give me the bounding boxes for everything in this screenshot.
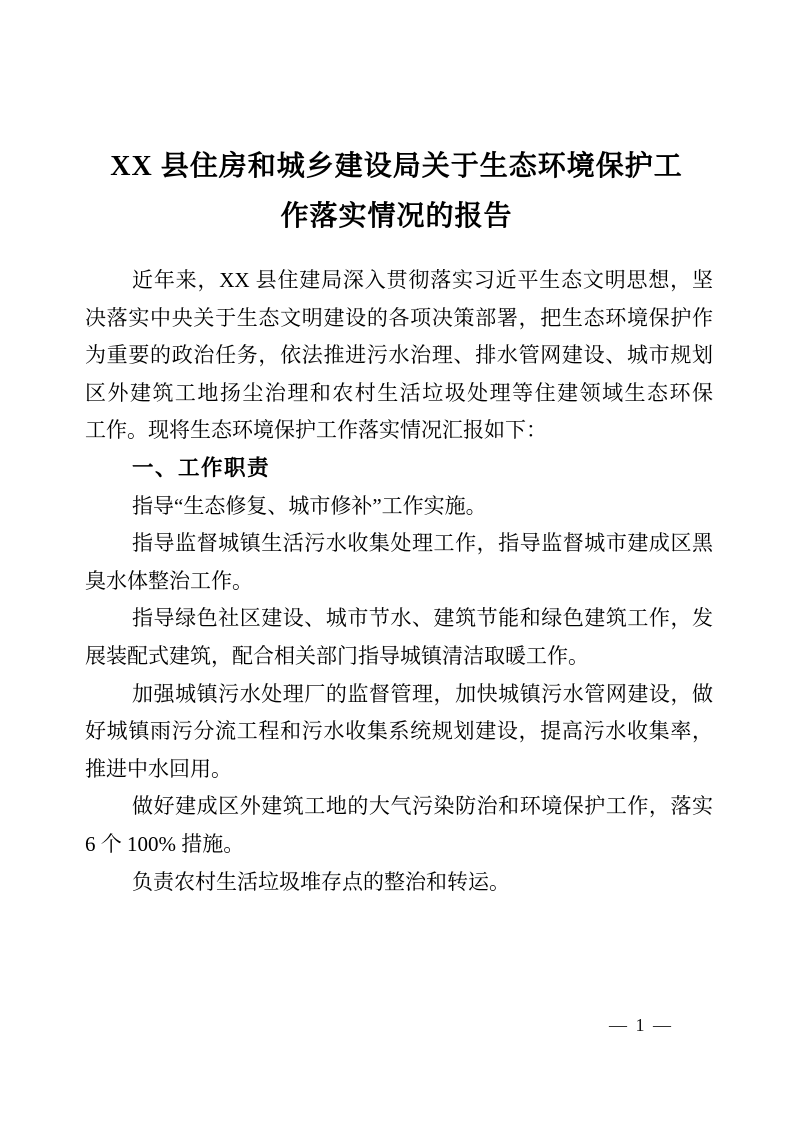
document-body: 近年来，XX 县住建局深入贯彻落实习近平生态文明思想，坚 决落实中央关于生态文明… bbox=[85, 262, 713, 901]
body-line: 指导绿色社区建设、城市节水、建筑节能和绿色建筑工作，发 bbox=[85, 600, 713, 638]
body-line: 指导监督城镇生活污水收集处理工作，指导监督城市建成区黑 bbox=[85, 525, 713, 563]
body-line: 决落实中央关于生态文明建设的各项决策部署，把生态环境保护作 bbox=[85, 300, 713, 338]
document-title: XX 县住房和城乡建设局关于生态环境保护工 作落实情况的报告 bbox=[0, 142, 793, 242]
section-heading: 一、工作职责 bbox=[85, 450, 713, 488]
body-line: 展装配式建筑，配合相关部门指导城镇清洁取暖工作。 bbox=[85, 638, 713, 676]
document-title-line-2: 作落实情况的报告 bbox=[0, 192, 793, 242]
body-line: 好城镇雨污分流工程和污水收集系统规划建设，提高污水收集率， bbox=[85, 713, 713, 751]
body-line: 区外建筑工地扬尘治理和农村生活垃圾处理等住建领域生态环保 bbox=[85, 375, 713, 413]
body-line: 6 个 100% 措施。 bbox=[85, 826, 713, 864]
body-line: 推进中水回用。 bbox=[85, 751, 713, 789]
body-line: 做好建成区外建筑工地的大气污染防治和环境保护工作，落实 bbox=[85, 788, 713, 826]
body-line: 近年来，XX 县住建局深入贯彻落实习近平生态文明思想，坚 bbox=[85, 262, 713, 300]
body-line: 指导“生态修复、城市修补”工作实施。 bbox=[85, 488, 713, 526]
body-line: 为重要的政治任务，依法推进污水治理、排水管网建设、城市规划 bbox=[85, 337, 713, 375]
document-page: XX 县住房和城乡建设局关于生态环境保护工 作落实情况的报告 近年来，XX 县住… bbox=[0, 0, 793, 1122]
body-line: 臭水体整治工作。 bbox=[85, 563, 713, 601]
page-number: — 1 — bbox=[609, 1012, 673, 1038]
body-line: 负责农村生活垃圾堆存点的整治和转运。 bbox=[85, 864, 713, 902]
body-line: 加强城镇污水处理厂的监督管理，加快城镇污水管网建设，做 bbox=[85, 676, 713, 714]
body-line: 工作。现将生态环境保护工作落实情况汇报如下： bbox=[85, 412, 713, 450]
document-title-line-1: XX 县住房和城乡建设局关于生态环境保护工 bbox=[0, 142, 793, 192]
